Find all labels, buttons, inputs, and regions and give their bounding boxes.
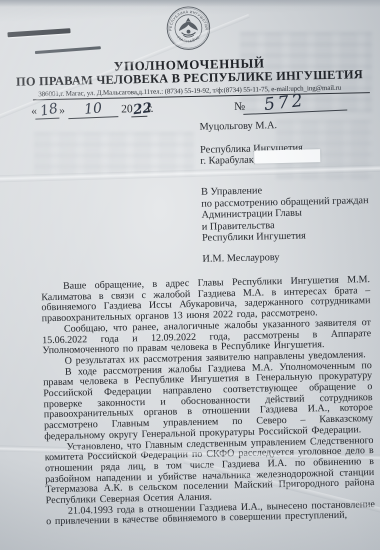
document-photo: РЕСПУБЛИКА ИНГУШЕТИЯ ГІАЛГІАЙЧЕ УПОЛНОМО… (0, 0, 380, 550)
handwritten-month: 10 (83, 100, 102, 118)
pen-mark (35, 46, 101, 53)
recipient-org-line: Администрации Главы (201, 208, 302, 221)
day-underline (35, 118, 59, 120)
recipient-official: И.М. Меслаурову (202, 252, 279, 265)
body-paragraph: В ходе рассмотрения жалобы Газдиева М.А.… (43, 361, 374, 443)
date-open-quote: « (31, 105, 37, 117)
recipient-city: г. Карабулак, (200, 155, 256, 167)
date-close-quote: » (59, 105, 65, 117)
redaction-box (254, 149, 320, 163)
body-paragraph: Установлено, что Главным следственным уп… (44, 436, 374, 507)
eagle-icon (179, 18, 198, 38)
letter-content: РЕСПУБЛИКА ИНГУШЕТИЯ ГІАЛГІАЙЧЕ УПОЛНОМО… (0, 0, 380, 550)
letter-body: Ваше обращение, в адрес Главы Республики… (41, 275, 375, 528)
svg-text:ГІАЛГІАЙЧЕ: ГІАЛГІАЙЧЕ (176, 35, 201, 44)
number-label: № (234, 101, 245, 113)
recipient-org-line: и Правительства (202, 220, 275, 233)
emblem-ring-text-bottom: ГІАЛГІАЙЧЕ (176, 35, 201, 44)
recipient-org-line: В Управление (201, 185, 262, 197)
paper-top-edge (0, 0, 380, 7)
ingushetia-emblem-seal: РЕСПУБЛИКА ИНГУШЕТИЯ ГІАЛГІАЙЧЕ (159, 2, 218, 55)
year-suffix: г. (147, 103, 154, 115)
recipient-org-line: Республики Ингушетия (202, 231, 306, 244)
pen-mark (7, 28, 70, 37)
recipient-name: Муцольгову М.А. (199, 120, 277, 133)
handwritten-day: 18 (39, 101, 59, 120)
year-prefix: 20 (121, 103, 133, 115)
